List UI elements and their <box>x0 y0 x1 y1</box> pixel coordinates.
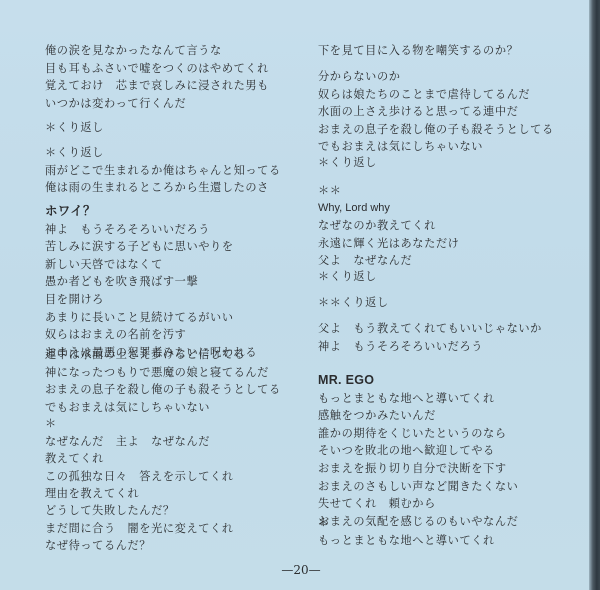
repeat-marker-block: ＊くり返し <box>318 154 578 172</box>
lyric-line: 失せてくれ 頼むから <box>318 495 578 513</box>
verse-block: 下を見て目に入る物を嘲笑するのか？ <box>318 42 578 60</box>
lyric-line: 雨がどこで生まれるか俺はちゃんと知ってる <box>45 162 305 180</box>
lyric-line: 連中は水面の上さえ歩けると信じてる <box>45 346 305 364</box>
lyric-line: 永遠に輝く光はあなただけ <box>318 235 578 253</box>
song-title: ホワイ？ <box>45 203 305 221</box>
lyric-line: 俺は雨の生まれるところから生還したのさ <box>45 179 305 197</box>
verse-block: どうして失敗したんだ？ まだ間に合う 闇を光に変えてくれ なぜ待ってるんだ？ <box>45 502 305 555</box>
lyric-line: おまえの息子を殺し俺の子も殺そうとしてる <box>318 121 578 139</box>
lyrics-page: 俺の涙を見なかったなんて言うな 目も耳もふさいで嘘をつくのはやめてくれ 覚えてお… <box>0 0 600 590</box>
lyric-line: 新しい天啓ではなくて <box>45 256 305 274</box>
chorus-block: ＊ なぜなんだ 主よ なぜなんだ 教えてくれ この孤独な日々 答えを示してくれ … <box>45 415 305 503</box>
song-title: MR. EGO <box>318 372 578 390</box>
lyric-line: なぜなんだ 主よ なぜなんだ <box>45 433 305 451</box>
chorus-block: ＊＊ Why, Lord why なぜなのか教えてくれ 永遠に輝く光はあなただけ… <box>318 182 578 270</box>
book-binding-edge <box>589 0 600 590</box>
lyric-line: 神よ もうそろそろいいだろう <box>45 221 305 239</box>
song-section-mr-ego: MR. EGO もっとまともな地へと導いてくれ 感触をつかみたいんだ 誰かの期待… <box>318 372 578 530</box>
lyric-line: 誰かの期待をくじいたというのなら <box>318 425 578 443</box>
lyric-line: 理由を教えてくれ <box>45 485 305 503</box>
repeat-marker-block: ＊くり返し <box>45 119 305 137</box>
lyric-line: 目も耳もふさいで嘘をつくのはやめてくれ <box>45 60 305 78</box>
lyric-line: 奴らはおまえの名前を汚す <box>45 326 305 344</box>
verse-block: 父よ もう教えてくれてもいいじゃないか 神よ もうそろそろいいだろう <box>318 320 578 355</box>
lyric-line: いつかは変わって行くんだ <box>45 95 305 113</box>
lyric-line: 感触をつかみたいんだ <box>318 407 578 425</box>
lyric-line: 苦しみに涙する子どもに思いやりを <box>45 238 305 256</box>
chorus-block: ＊ もっとまともな地へと導いてくれ <box>318 514 578 549</box>
lyric-line: おまえのさもしい声など聞きたくない <box>318 478 578 496</box>
lyric-line: もっとまともな地へと導いてくれ <box>318 390 578 408</box>
lyric-line: なぜなのか教えてくれ <box>318 217 578 235</box>
lyric-line: 愚か者どもを吹き飛ばす一撃 <box>45 273 305 291</box>
chorus-marker: ＊ <box>318 514 578 532</box>
lyric-line: おまえの息子を殺し俺の子も殺そうとしてる <box>45 381 305 399</box>
chorus-marker: ＊＊ <box>318 182 578 200</box>
repeat-marker: ＊くり返し <box>45 119 305 137</box>
repeat-marker-block: ＊くり返し <box>318 268 578 286</box>
lyric-line: Why, Lord why <box>318 200 578 218</box>
repeat-marker: ＊くり返し <box>318 154 578 172</box>
lyric-line: でもおまえは気にしちゃいない <box>45 399 305 417</box>
lyric-line: 父よ もう教えてくれてもいいじゃないか <box>318 320 578 338</box>
lyric-line: どうして失敗したんだ？ <box>45 502 305 520</box>
lyric-line: まだ間に合う 闇を光に変えてくれ <box>45 520 305 538</box>
lyric-line: 奴らは娘たちのことまで虐待してるんだ <box>318 86 578 104</box>
verse-block: 連中は水面の上さえ歩けると信じてる 神になったつもりで悪魔の娘と寝てるんだ おま… <box>45 346 305 416</box>
lyric-line: 神よ もうそろそろいいだろう <box>318 338 578 356</box>
lyric-line: 水面の上さえ歩けると思ってる連中だ <box>318 103 578 121</box>
chorus-marker: ＊ <box>45 415 305 433</box>
lyric-line: そいつを敗北の地へ歓迎してやる <box>318 442 578 460</box>
lyric-line: あまりに長いこと見続けてるがいい <box>45 309 305 327</box>
lyric-line: 神になったつもりで悪魔の娘と寝てるんだ <box>45 364 305 382</box>
repeat-marker: ＊くり返し <box>45 144 305 162</box>
lyric-line: 教えてくれ <box>45 450 305 468</box>
lyric-line: 分からないのか <box>318 68 578 86</box>
lyric-line: 目を開けろ <box>45 291 305 309</box>
lyric-line: 覚えておけ 芯まで哀しみに浸された男も <box>45 77 305 95</box>
lyric-line: 下を見て目に入る物を嘲笑するのか？ <box>318 42 578 60</box>
page-number: —20— <box>276 563 326 577</box>
song-section-why: ホワイ？ 神よ もうそろそろいいだろう 苦しみに涙する子どもに思いやりを 新しい… <box>45 203 305 361</box>
verse-block: 俺の涙を見なかったなんて言うな 目も耳もふさいで嘘をつくのはやめてくれ 覚えてお… <box>45 42 305 112</box>
repeat-marker: ＊くり返し <box>318 268 578 286</box>
lyric-line: おまえを振り切り自分で決断を下す <box>318 460 578 478</box>
lyric-line: もっとまともな地へと導いてくれ <box>318 532 578 550</box>
repeat-marker-block: ＊＊くり返し <box>318 294 578 312</box>
verse-block: ＊くり返し 雨がどこで生まれるか俺はちゃんと知ってる 俺は雨の生まれるところから… <box>45 144 305 197</box>
verse-block: 分からないのか 奴らは娘たちのことまで虐待してるんだ 水面の上さえ歩けると思って… <box>318 68 578 156</box>
repeat-marker: ＊＊くり返し <box>318 294 578 312</box>
lyric-line: 俺の涙を見なかったなんて言うな <box>45 42 305 60</box>
lyric-line: この孤独な日々 答えを示してくれ <box>45 468 305 486</box>
lyric-line: なぜ待ってるんだ？ <box>45 537 305 555</box>
